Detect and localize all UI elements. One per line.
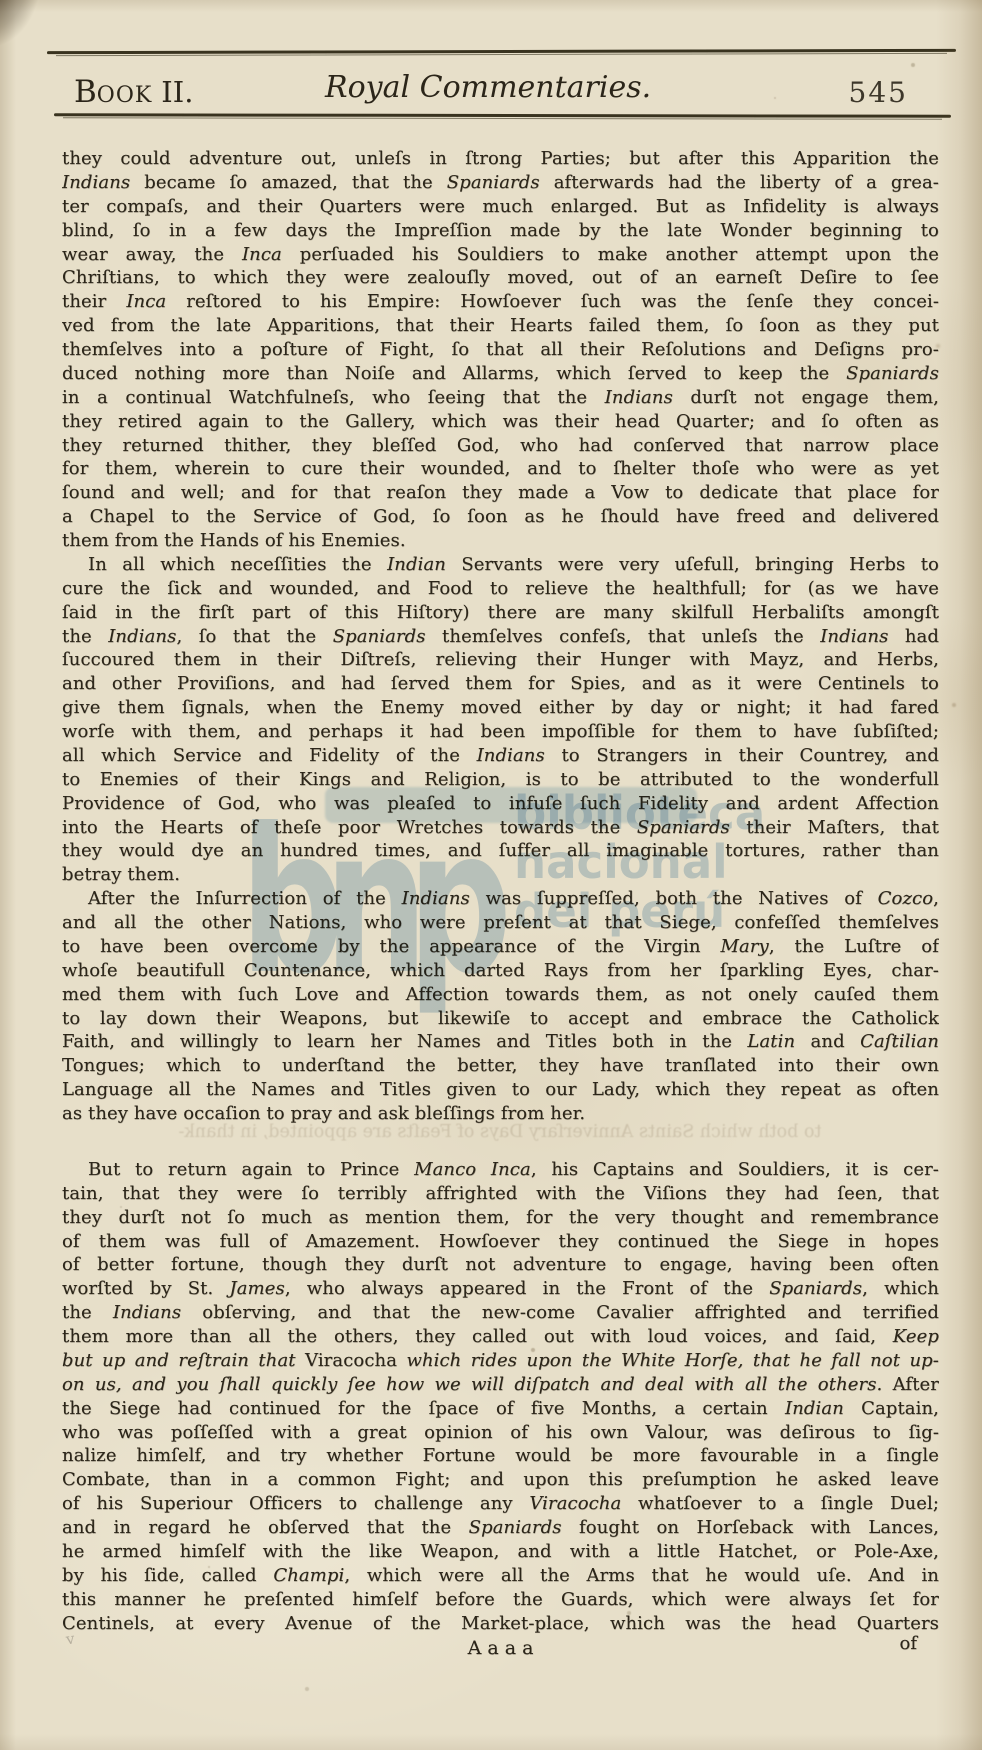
book-numeral: II. [161,75,193,109]
running-header: BOOKII. Royal Commentaries. 545 [62,68,940,114]
text-line: ved from the late Apparitions, that thei… [62,314,939,338]
text-line: and other Proviſions, and had ſerved the… [62,672,939,696]
text-line: But to return again to Prince Manco Inca… [62,1158,939,1182]
text-line: ſound and well; and for that reaſon they… [62,481,939,505]
text-line: to Enemies of their Kings and Religion, … [62,768,939,792]
text-line: ter compaſs, and their Quarters were muc… [62,195,939,219]
text-line: and all the other Nations, who were preſ… [62,911,939,935]
book-label-initial: B [74,74,97,110]
text-line: Combate, than in a common Fight; and upo… [62,1468,939,1492]
header-rule-top [47,49,956,57]
text-line: they durſt not ſo much as mention them, … [62,1206,939,1230]
text-line: blind, ſo in a few days the Impreſſion m… [62,219,939,243]
text-line: by his ſide, called Champi, which were a… [62,1564,939,1588]
text-line: but up and reſtrain that Viracocha which… [62,1349,939,1373]
foxing-speckles [0,0,2,2]
text-line: give them ſignals, when the Enemy moved … [62,696,939,720]
text-line: of his Superiour Officers to challenge a… [62,1492,939,1516]
text-line: Tongues; which to underſtand the better,… [62,1054,939,1078]
book-label-smallcaps: OOK [97,83,153,108]
text-line: to have been overcome by the appearance … [62,935,939,959]
text-line: into the Hearts of theſe poor Wretches t… [62,816,939,840]
text-line: as they have occaſion to pray and ask bl… [62,1102,939,1126]
text-line: for them, wherein to cure their wounded,… [62,457,939,481]
text-line: After the Inſurrection of the Indians wa… [62,887,939,911]
text-line: Language all the Names and Titles given … [62,1078,939,1102]
text-line: they returned thither, they bleſſed God,… [62,434,939,458]
running-title: Royal Commentaries. [325,70,651,105]
text-line: of them was full of Amazement. Howſoever… [62,1230,939,1254]
text-line: they would dye an hundred times, and ſuf… [62,839,939,863]
catchword: of [900,1632,918,1656]
text-line: their Inca reſtored to his Empire: Howſo… [62,290,939,314]
signature-mark: A a a a [468,1637,534,1659]
text-line: Providence of God, who was pleaſed to in… [62,792,939,816]
text-line: wear away, the Inca perſuaded his Souldi… [62,243,939,267]
text-line: to lay down their Weapons, but likewiſe … [62,1007,939,1031]
text-line: duced nothing more than Noiſe and Allarm… [62,362,939,386]
text-line: of better fortune, though they durſt not… [62,1253,939,1277]
text-line: Centinels, at every Avenue of the Market… [62,1612,939,1636]
section-gap [62,1126,939,1158]
text-line: the Indians, ſo that the Spaniards themſ… [62,625,939,649]
text-line: who was poſſeſſed with a great opinion o… [62,1421,939,1445]
text-line: all which Service and Fidelity of the In… [62,744,939,768]
text-line: the Siege had continued for the ſpace of… [62,1397,939,1421]
text-line: them more than all the others, they call… [62,1325,939,1349]
text-line: ſaid in the firſt part of this Hiſtory) … [62,601,939,625]
text-line: the Indians obſerving, and that the new-… [62,1301,939,1325]
text-line: them from the Hands of his Enemies. [62,529,939,553]
text-line: med them with ſuch Love and Affection to… [62,983,939,1007]
page-number: 545 [849,76,908,109]
book-page-scan: BOOKII. Royal Commentaries. 545 to both … [0,0,982,1750]
text-line: in a continual Watchfulneſs, who ſeeing … [62,386,939,410]
text-line: he armed himſelf with the like Weapon, a… [62,1540,939,1564]
text-line: worſted by St. James, who always appeare… [62,1277,939,1301]
text-line: themſelves into a poſture of Fight, ſo t… [62,338,939,362]
body-text: they could adventure out, unleſs in ſtro… [62,147,939,1635]
text-line: In all which neceſſities the Indian Serv… [62,553,939,577]
signature-line: A a a a of [62,1636,939,1660]
text-line: Chriſtians, to which they were zealouſly… [62,266,939,290]
text-line: whoſe beautifull Countenance, which dart… [62,959,939,983]
text-line: they retired again to the Gallery, which… [62,410,939,434]
text-line: ſuccoured them in their Diſtreſs, reliev… [62,648,939,672]
text-line: nalize himſelf, and try whether Fortune … [62,1444,939,1468]
book-label: BOOKII. [74,74,193,110]
text-line: betray them. [62,863,939,887]
text-line: tain, that they were ſo terribly affrigh… [62,1182,939,1206]
text-line: cure the ſick and wounded, and Food to r… [62,577,939,601]
text-line: they could adventure out, unleſs in ſtro… [62,147,939,171]
text-line: on us, and you ſhall quickly ſee how we … [62,1373,939,1397]
text-line: a Chapel to the Service of God, ſo ſoon … [62,505,939,529]
text-line: Faith, and willingly to learn her Names … [62,1030,939,1054]
text-line: Indians became ſo amazed, that the Spani… [62,171,939,195]
text-line: and in regard he obſerved that the Spani… [62,1516,939,1540]
text-line: worſe with them, and perhaps it had been… [62,720,939,744]
text-line: this manner he preſented himſelf before … [62,1588,939,1612]
header-rule-bottom [54,113,951,121]
